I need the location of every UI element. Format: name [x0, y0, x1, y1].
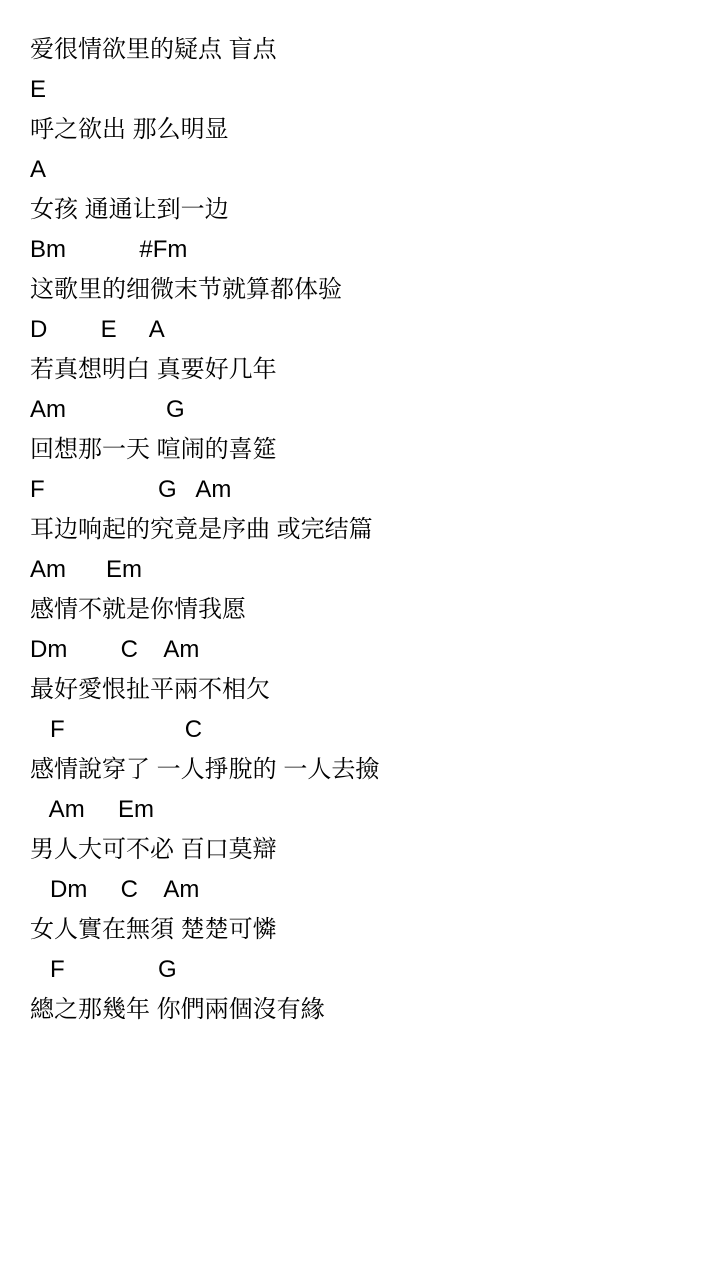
chord-line: Am G	[30, 390, 700, 430]
lyric-line: 女人實在無須 楚楚可憐	[30, 910, 700, 950]
lyric-line: 男人大可不必 百口莫辯	[30, 830, 700, 870]
chord-line: F C	[30, 710, 700, 750]
lyric-line: 耳边响起的究竟是序曲 或完结篇	[30, 510, 700, 550]
chord-line: F G Am	[30, 470, 700, 510]
lyric-line: 若真想明白 真要好几年	[30, 350, 700, 390]
lyric-line: 最好愛恨扯平兩不相欠	[30, 670, 700, 710]
lyric-line: 女孩 通通让到一边	[30, 190, 700, 230]
chord-line: Bm #Fm	[30, 230, 700, 270]
chord-line: Dm C Am	[30, 870, 700, 910]
chord-line: F G	[30, 950, 700, 990]
lyric-line: 这歌里的细微末节就算都体验	[30, 270, 700, 310]
lyric-line: 感情不就是你情我愿	[30, 590, 700, 630]
chord-line: Am Em	[30, 790, 700, 830]
chord-line: E	[30, 70, 700, 110]
lyric-line: 爱很情欲里的疑点 盲点	[30, 30, 700, 70]
chord-line: Dm C Am	[30, 630, 700, 670]
lyric-line: 呼之欲出 那么明显	[30, 110, 700, 150]
lyric-line: 回想那一天 喧闹的喜筵	[30, 430, 700, 470]
chord-line: D E A	[30, 310, 700, 350]
song-sheet: 爱很情欲里的疑点 盲点E呼之欲出 那么明显A女孩 通通让到一边Bm #Fm这歌里…	[0, 0, 720, 1280]
lyric-line: 感情說穿了 一人掙脫的 一人去撿	[30, 750, 700, 790]
lyric-line: 總之那幾年 你們兩個沒有緣	[30, 990, 700, 1030]
chord-line: A	[30, 150, 700, 190]
chord-line: Am Em	[30, 550, 700, 590]
